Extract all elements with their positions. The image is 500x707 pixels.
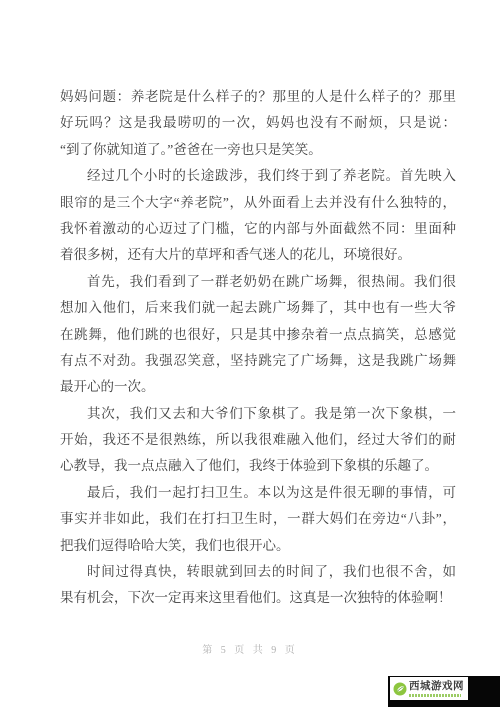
page-number-indicator: 第 5 页 共 9 页 bbox=[0, 641, 500, 656]
leaf-icon bbox=[393, 682, 407, 696]
document-body: 妈妈问题：养老院是什么样子的？那里的人是什么样子的？那里 好玩吗？这是我最唠叨的… bbox=[60, 84, 456, 612]
text-line: 事实并非如此，我们在打扫卫生时，一群大妈们在旁边“八卦”， bbox=[60, 506, 456, 532]
logo-tagline-text bbox=[409, 694, 461, 697]
text-line: 其次，我们又去和大爷们下象棋了。我是第一次下象棋，一 bbox=[60, 401, 456, 427]
text-line: 经过几个小时的长途跋涉，我们终于到了养老院。首先映入 bbox=[60, 163, 456, 189]
text-line: 在跳舞，他们跳的也很好，只是其中掺杂着一点点搞笑，总感觉 bbox=[60, 322, 456, 348]
site-name: 西城游戏网 bbox=[409, 681, 464, 692]
text-line: 首先，我们看到了一群老奶奶在跳广场舞，很热闹。我们很 bbox=[60, 269, 456, 295]
watermark-corner: 西城游戏网 bbox=[388, 676, 500, 707]
site-logo[interactable]: 西城游戏网 bbox=[390, 677, 468, 700]
document-page: 妈妈问题：养老院是什么样子的？那里的人是什么样子的？那里 好玩吗？这是我最唠叨的… bbox=[0, 0, 500, 707]
text-line: 有点不对劲。我强忍笑意，坚持跳完了广场舞，这是我跳广场舞 bbox=[60, 348, 456, 374]
text-line: 心教导，我一点点融入了他们，我终于体验到下象棋的乐趣了。 bbox=[60, 453, 456, 479]
text-line: 开始，我还不是很熟练，所以我很难融入他们，经过大爷们的耐 bbox=[60, 427, 456, 453]
text-line: 时间过得真快，转眼就到回去的时间了，我们也很不舍，如 bbox=[60, 559, 456, 585]
text-line: 果有机会，下次一定再来这里看他们。这真是一次独特的体验啊！ bbox=[60, 585, 456, 611]
text-line: 着很多树，还有大片的草坪和香气迷人的花儿，环境很好。 bbox=[60, 242, 456, 268]
text-line: 好玩吗？这是我最唠叨的一次，妈妈也没有不耐烦，只是说： bbox=[60, 110, 456, 136]
text-line: 最后，我们一起打扫卫生。本以为这是件很无聊的事情，可 bbox=[60, 480, 456, 506]
text-line: “到了你就知道了。”爸爸在一旁也只是笑笑。 bbox=[60, 137, 456, 163]
text-line: 最开心的一次。 bbox=[60, 374, 456, 400]
text-line: 把我们逗得哈哈大笑，我们也很开心。 bbox=[60, 533, 456, 559]
text-line: 妈妈问题：养老院是什么样子的？那里的人是什么样子的？那里 bbox=[60, 84, 456, 110]
text-line: 想加入他们，后来我们就一起去跳广场舞了，其中也有一些大爷 bbox=[60, 295, 456, 321]
text-line: 我怀着激动的心迈过了门槛，它的内部与外面截然不同：里面种 bbox=[60, 216, 456, 242]
text-line: 眼帘的是三个大字“养老院”，从外面看上去并没有什么独特的， bbox=[60, 190, 456, 216]
logo-text-column: 西城游戏网 bbox=[409, 681, 464, 697]
